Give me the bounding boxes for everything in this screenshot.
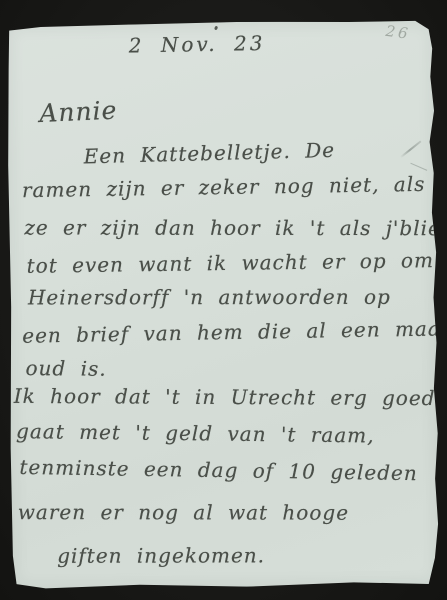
letter-line: giften ingekomen. xyxy=(57,543,265,567)
letter-line: ze er zijn dan hoor ik 't als j'blieft xyxy=(24,215,447,240)
letter-paper: 26 2 Nov. 23 Annie Een Kattebelletje. De… xyxy=(7,20,440,590)
letter-date: 2 Nov. 23 xyxy=(129,31,266,58)
letter-line: tot even want ik wacht er op om xyxy=(26,248,434,278)
date-apostrophe-mark xyxy=(214,26,218,31)
letter-line: Een Kattebelletje. De xyxy=(83,138,335,169)
letter-line: waren er nog al wat hooge xyxy=(18,500,349,525)
paper-crease xyxy=(400,140,422,158)
scan-background: 26 2 Nov. 23 Annie Een Kattebelletje. De… xyxy=(0,0,447,600)
letter-line: een brief van hem die al een maand xyxy=(22,316,447,348)
letter-line: ramen zijn er zeker nog niet, als xyxy=(22,172,426,202)
paper-crease-small xyxy=(410,163,427,171)
letter-line: tenminste een dag of 10 geleden xyxy=(19,455,418,485)
letter-line: Heinersdorff 'n antwoorden op xyxy=(28,285,391,310)
archival-number-pencil: 26 xyxy=(385,22,412,43)
letter-line: Ik hoor dat 't in Utrecht erg goed xyxy=(14,384,436,410)
letter-line: oud is. xyxy=(25,356,106,381)
letter-line: gaat met 't geld van 't raam, xyxy=(16,419,375,447)
letter-greeting: Annie xyxy=(39,96,118,128)
